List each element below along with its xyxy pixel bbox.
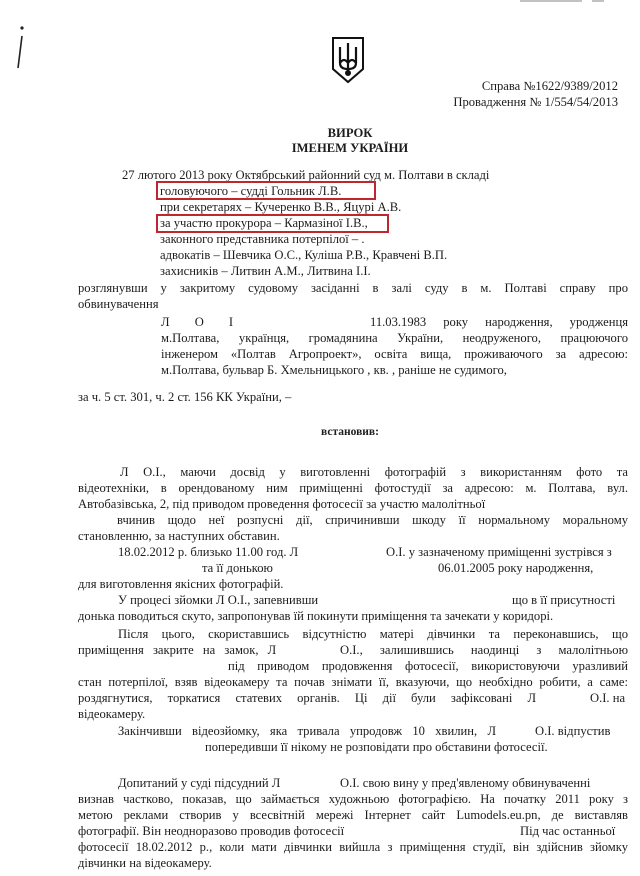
- paragraph-line: дівчинки на відеокамеру.: [78, 856, 212, 871]
- paragraph-line: визнав частково, показав, що займається …: [78, 792, 628, 808]
- defendant-line-4: м.Полтава, бульвар Б. Хмельницького , кв…: [161, 363, 507, 378]
- paragraph-line: О.І. свою вину у пред'явленому обвинувач…: [340, 776, 590, 791]
- trident-coat-of-arms-icon: [330, 35, 366, 85]
- paragraph-line: Допитаний у суді підсудний Л: [118, 776, 280, 791]
- scan-artifact: [520, 0, 582, 2]
- charges-line: за ч. 5 ст. 301, ч. 2 ст. 156 КК України…: [78, 390, 291, 405]
- proceeding-number: Провадження № 1/554/54/2013: [453, 95, 618, 110]
- paragraph-line: О.І. у зазначеному приміщенні зустрівся …: [386, 545, 612, 560]
- paragraph-line: Л О.І., маючи досвід у виготовленні фото…: [120, 465, 628, 481]
- defendant-birth: 11.03.1983 року народження, уродженця: [370, 315, 628, 331]
- paragraph-line: для виготовлення якісних фотографій.: [78, 577, 283, 592]
- document-subtitle: ІМЕНЕМ УКРАЇНИ: [0, 141, 640, 156]
- considered-line: розглянувши у закритому судовому засідан…: [78, 281, 628, 297]
- case-number: Справа №1622/9389/2012: [482, 79, 618, 94]
- document-title: ВИРОК: [0, 126, 640, 141]
- paragraph-line: та її донькою: [202, 561, 273, 576]
- paragraph-line: фотографії. Він неодноразово проводив фо…: [78, 824, 344, 839]
- secretaries-line: при секретарях – Кучеренко В.В., Яцурі А…: [160, 200, 401, 215]
- paragraph-line: О.І. на: [590, 691, 625, 706]
- paragraph-line: У процесі зйомки Л О.І., запевнивши: [118, 593, 318, 608]
- paragraph-line: 18.02.2012 р. близько 11.00 год. Л: [118, 545, 298, 560]
- paragraph-line: що в її присутності: [512, 593, 615, 608]
- paragraph-line: 06.01.2005 року народження,: [438, 561, 593, 576]
- defendant-initials: Л О І: [161, 315, 233, 330]
- handwritten-mark-icon: [8, 24, 28, 72]
- advocates-line: адвокатів – Шевчика О.С., Куліша Р.В., К…: [160, 248, 447, 263]
- paragraph-line: Під час останньої: [520, 824, 615, 839]
- paragraph-line: донька поводиться скуто, запропонував їй…: [78, 609, 553, 624]
- paragraph-line: О.І., залишившись наодинці з малолітньою: [340, 643, 628, 659]
- considered-line-2: обвинувачення: [78, 297, 159, 312]
- highlight-box-judge: [156, 181, 376, 200]
- paragraph-line: попередивши її нікому не розповідати про…: [205, 740, 548, 755]
- highlight-box-prosecutor: [156, 214, 389, 233]
- defendant-line-2: м.Полтава, українця, громадянина України…: [161, 331, 628, 347]
- paragraph-line: О.І. відпустив: [535, 724, 610, 739]
- paragraph-line: метою реклами створив у всесвітній мереж…: [78, 808, 628, 824]
- paragraph-line: Після цього, скориставшись відсутністю м…: [118, 627, 628, 643]
- paragraph-line: фотосесії 18.02.2012 р., коли мати дівчи…: [78, 840, 628, 856]
- paragraph-line: відеокамеру.: [78, 707, 145, 722]
- paragraph-line: роздягнутися, торкатися статевих органів…: [78, 691, 536, 707]
- paragraph-line: Закінчивши відеозйомку, яка тривала упро…: [118, 724, 496, 740]
- paragraph-line: стан потерпілої, взяв відеокамеру та поч…: [78, 675, 628, 691]
- scan-artifact: [592, 0, 604, 2]
- established-heading: встановив:: [0, 425, 640, 440]
- legal-representative-line: законного представника потерпілої – .: [160, 232, 365, 247]
- paragraph-line: відеотехніки, в орендованому ним приміще…: [78, 481, 628, 497]
- defenders-line: захисників – Литвин А.М., Литвина І.І.: [160, 264, 371, 279]
- paragraph-line: під приводом продовження фотосесії, вико…: [228, 659, 628, 675]
- paragraph-line: приміщення закрите на замок, Л: [78, 643, 276, 658]
- paragraph-line: вчинив щодо неї розпусні дії, спричинивш…: [117, 513, 628, 529]
- paragraph-line: становленню, за наступних обставин.: [78, 529, 280, 544]
- defendant-line-3: інженером «Полтав Агропроект», освіта ви…: [161, 347, 628, 363]
- paragraph-line: Автобазівська, 2, під приводом проведенн…: [78, 497, 485, 512]
